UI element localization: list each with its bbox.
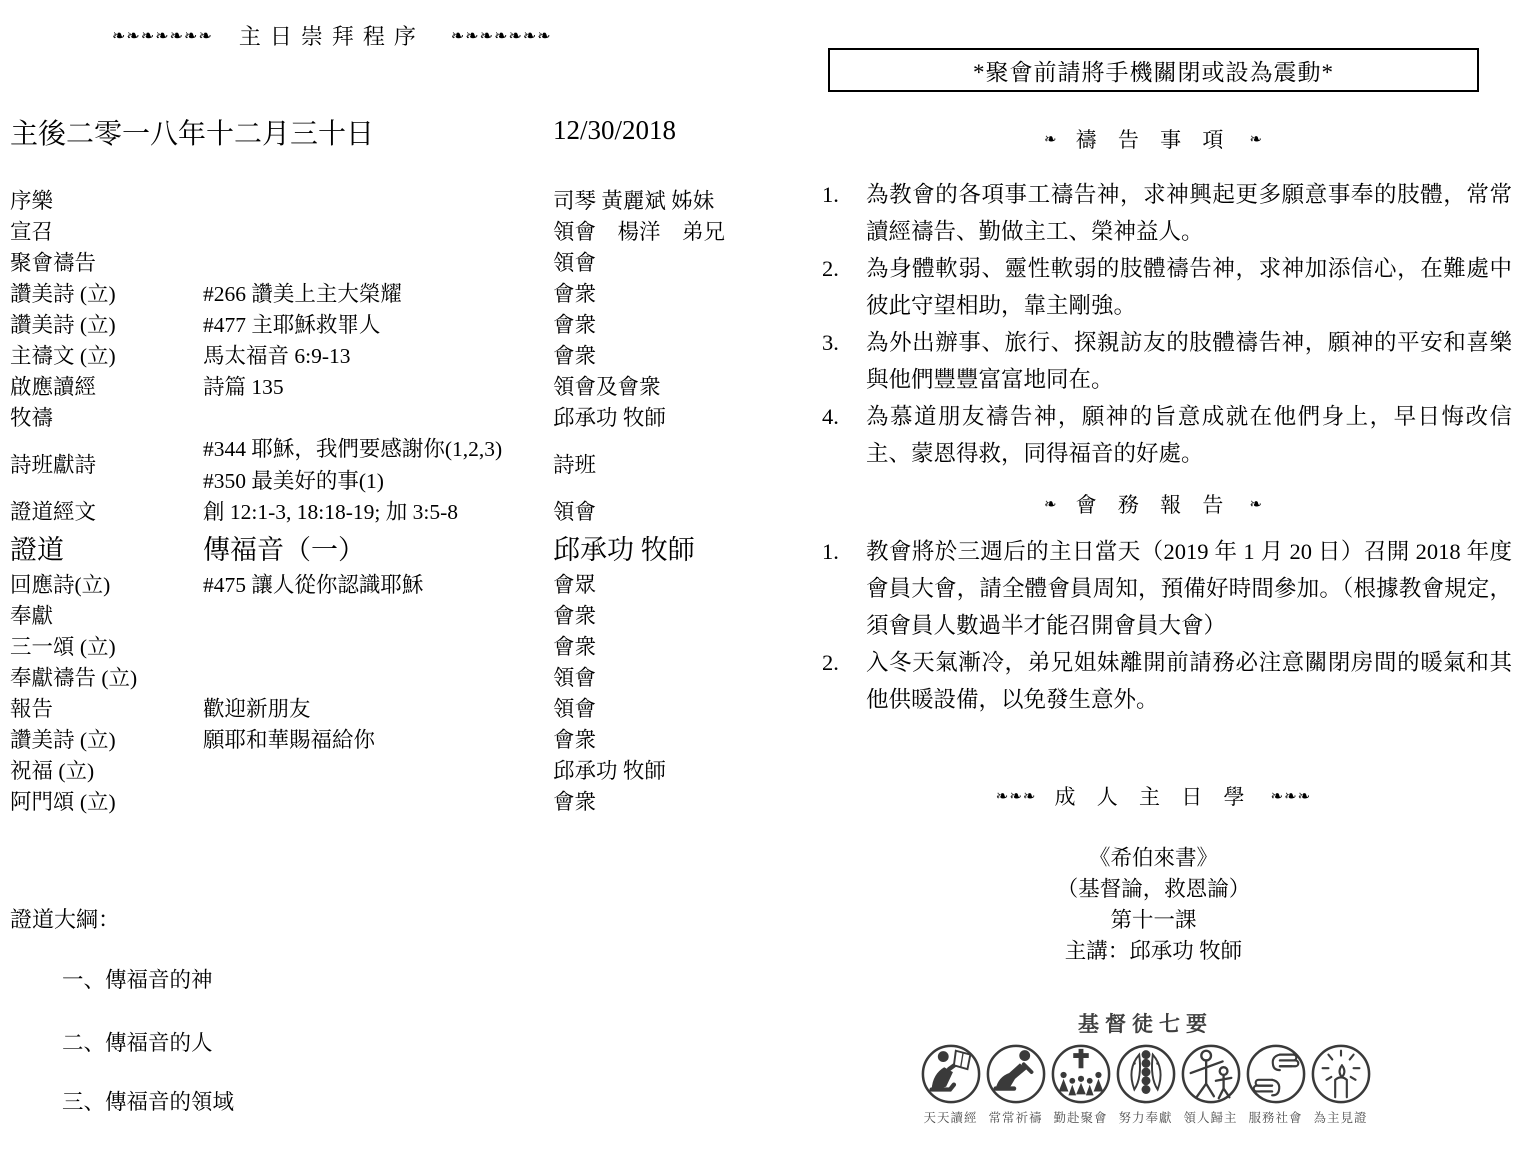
item-number: 3. <box>822 324 866 398</box>
prayer-section-title: 禱 告 事 項 <box>1076 124 1232 154</box>
report-section-heading: ❧ 會 務 報 告 ❧ <box>828 489 1479 519</box>
phone-notice-box: *聚會前請將手機關閉或設為震動* <box>828 48 1479 92</box>
table-row: 證道經文創 12:1-3, 18:18-19; 加 3:5-8領會 <box>10 495 752 526</box>
program-detail: 創 12:1-3, 18:18-19; 加 3:5-8 <box>203 495 553 526</box>
page-title: 主日崇拜程序 <box>239 20 425 51</box>
item-text: 為外出辦事、旅行、探親訪友的肢體禱告神，願神的平安和喜樂與他們豐豐富富地同在。 <box>866 324 1512 398</box>
date-chinese: 主後二零一八年十二月三十日 <box>10 112 374 152</box>
program-detail: 馬太福音 6:9-13 <box>203 339 553 370</box>
icon-caption: 常常祈禱 <box>985 1108 1047 1126</box>
program-person: 領會 <box>553 246 752 277</box>
program-person: 詩班 <box>553 448 752 479</box>
program-item: 奉獻 <box>10 599 203 630</box>
sermon-outline-title: 證道大綱： <box>10 903 120 934</box>
program-person: 會衆 <box>553 308 752 339</box>
program-item: 阿門頌 (立) <box>10 785 203 816</box>
icon-caption: 領人歸主 <box>1180 1108 1242 1126</box>
icon-caption: 天天讀經 <box>920 1108 982 1126</box>
program-detail: 傳福音（一） <box>203 528 553 567</box>
sermon-outline-item: 三、傳福音的領域 <box>62 1085 234 1116</box>
fleuron-ornament-icon: ❧❧❧ <box>996 789 1037 804</box>
program-item: 三一頌 (立) <box>10 630 203 661</box>
program-item: 祝福 (立) <box>10 754 203 785</box>
program-item: 讚美詩 (立) <box>10 277 203 308</box>
seven-essentials-graphic: 基督徒七要 <box>893 1008 1398 1126</box>
sermon-outline-item: 一、傳福音的神 <box>62 963 213 994</box>
program-item: 讚美詩 (立) <box>10 308 203 339</box>
sunday-school-title: 成 人 主 日 學 <box>1055 781 1253 811</box>
school-book: 《希伯來書》 <box>828 843 1479 874</box>
program-person: 會衆 <box>553 339 752 370</box>
table-row: 讚美詩 (立)願耶和華賜福給你會衆 <box>10 723 752 754</box>
date-numeric: 12/30/2018 <box>553 115 676 146</box>
list-item: 4.為慕道朋友禱告神，願神的旨意成就在他們身上，早日悔改信主、蒙恩得救，同得福音… <box>822 398 1512 472</box>
table-row: 回應詩(立)#475 讓人從你認識耶穌會眾 <box>10 568 752 599</box>
daily-bible-reading-icon <box>920 1043 982 1105</box>
program-person: 會衆 <box>553 630 752 661</box>
icon-caption: 努力奉獻 <box>1115 1108 1177 1126</box>
icon-caption: 勤赴聚會 <box>1050 1108 1112 1126</box>
lead-people-to-lord-icon <box>1180 1043 1242 1105</box>
program-person: 領會及會衆 <box>553 370 752 401</box>
item-number: 2. <box>822 644 866 718</box>
table-row: 阿門頌 (立)會衆 <box>10 785 752 816</box>
program-item: 報告 <box>10 692 203 723</box>
list-item: 1.教會將於三週后的主日當天（2019 年 1 月 20 日）召開 2018 年… <box>822 533 1512 644</box>
icon-caption: 服務社會 <box>1245 1108 1307 1126</box>
table-row: 報告歡迎新朋友領會 <box>10 692 752 723</box>
program-person: 司琴 黃麗斌 姊妹 <box>553 184 752 215</box>
program-detail: 願耶和華賜福給你 <box>203 723 553 754</box>
table-row: 主禱文 (立)馬太福音 6:9-13會衆 <box>10 339 752 370</box>
program-person: 領會 <box>553 692 752 723</box>
program-item: 證道 <box>10 528 203 567</box>
program-person: 領會 <box>553 495 752 526</box>
program-person: 邱承功 牧師 <box>553 528 752 567</box>
program-item: 序樂 <box>10 184 203 215</box>
program-person: 會衆 <box>553 277 752 308</box>
diligent-offering-icon <box>1115 1043 1177 1105</box>
list-item: 1.為教會的各項事工禱告神，求神興起更多願意事奉的肢體，常常讀經禱告、勤做主工、… <box>822 176 1512 250</box>
program-detail-line2: #350 最美好的事(1) <box>203 464 553 495</box>
table-row: 詩班獻詩 #344 耶穌，我們要感謝你(1,2,3) #350 最美好的事(1)… <box>10 432 752 495</box>
table-row: 奉獻禱告 (立)領會 <box>10 661 752 692</box>
program-person: 會衆 <box>553 723 752 754</box>
fleuron-ornament-icon: ❧❧❧❧❧❧❧ <box>112 28 213 44</box>
table-row-sermon: 證道傳福音（一）邱承功 牧師 <box>10 526 752 568</box>
program-item: 啟應讀經 <box>10 370 203 401</box>
list-item: 3.為外出辦事、旅行、探親訪友的肢體禱告神，願神的平安和喜樂與他們豐豐富富地同在… <box>822 324 1512 398</box>
report-section-title: 會 務 報 告 <box>1076 489 1232 519</box>
list-item: 2.入冬天氣漸冷，弟兄姐妹離開前請務必注意關閉房間的暖氣和其他供暖設備，以免發生… <box>822 644 1512 718</box>
program-item: 讚美詩 (立) <box>10 723 203 754</box>
table-row: 聚會禱告領會 <box>10 246 752 277</box>
school-lesson: 第十一課 <box>828 905 1479 936</box>
serve-society-icon <box>1245 1043 1307 1105</box>
prayer-section-heading: ❧ 禱 告 事 項 ❧ <box>828 124 1479 154</box>
table-row: 序樂司琴 黃麗斌 姊妹 <box>10 184 752 215</box>
table-row: 祝福 (立)邱承功 牧師 <box>10 754 752 785</box>
item-number: 2. <box>822 250 866 324</box>
program-item: 奉獻禱告 (立) <box>10 661 203 692</box>
table-row: 奉獻會衆 <box>10 599 752 630</box>
list-item: 2.為身體軟弱、靈性軟弱的肢體禱告神，求神加添信心，在難處中彼此守望相助，靠主剛… <box>822 250 1512 324</box>
school-topic: （基督論，救恩論） <box>828 874 1479 905</box>
program-person: 會眾 <box>553 568 752 599</box>
program-detail: #266 讚美上主大榮耀 <box>203 277 553 308</box>
worship-program-table: 序樂司琴 黃麗斌 姊妹 宣召領會 楊洋 弟兄 聚會禱告領會 讚美詩 (立)#26… <box>10 184 752 816</box>
fleuron-ornament-icon: ❧ <box>1249 497 1263 512</box>
program-detail: 詩篇 135 <box>203 370 553 401</box>
seven-essentials-icons <box>893 1043 1398 1105</box>
program-item: 詩班獻詩 <box>10 448 203 479</box>
attend-meetings-icon <box>1050 1043 1112 1105</box>
program-item: 證道經文 <box>10 495 203 526</box>
item-number: 1. <box>822 533 866 644</box>
program-person: 邱承功 牧師 <box>553 754 752 785</box>
table-row: 三一頌 (立)會衆 <box>10 630 752 661</box>
phone-notice-text: *聚會前請將手機關閉或設為震動* <box>973 54 1334 87</box>
item-text: 為身體軟弱、靈性軟弱的肢體禱告神，求神加添信心，在難處中彼此守望相助，靠主剛強。 <box>866 250 1512 324</box>
fleuron-ornament-icon: ❧ <box>1249 132 1263 147</box>
program-detail-line1: #344 耶穌，我們要感謝你(1,2,3) <box>203 432 553 463</box>
program-detail: 歡迎新朋友 <box>203 692 553 723</box>
program-detail: #475 讓人從你認識耶穌 <box>203 568 553 599</box>
table-row: 宣召領會 楊洋 弟兄 <box>10 215 752 246</box>
fleuron-ornament-icon: ❧❧❧ <box>1271 789 1312 804</box>
program-item: 牧禱 <box>10 401 203 432</box>
program-item: 主禱文 (立) <box>10 339 203 370</box>
program-detail: #344 耶穌，我們要感謝你(1,2,3) #350 最美好的事(1) <box>203 432 553 495</box>
table-row: 啟應讀經詩篇 135領會及會衆 <box>10 370 752 401</box>
witness-for-lord-icon <box>1310 1043 1372 1105</box>
seven-essentials-captions: 天天讀經 常常祈禱 勤赴聚會 努力奉獻 領人歸主 服務社會 為主見證 <box>893 1108 1398 1126</box>
sermon-outline-item: 二、傳福音的人 <box>62 1026 213 1057</box>
prayer-items-list: 1.為教會的各項事工禱告神，求神興起更多願意事奉的肢體，常常讀經禱告、勤做主工、… <box>822 176 1512 472</box>
item-text: 為慕道朋友禱告神，願神的旨意成就在他們身上，早日悔改信主、蒙恩得救，同得福音的好… <box>866 398 1512 472</box>
fleuron-ornament-icon: ❧ <box>1044 132 1058 147</box>
program-person: 會衆 <box>553 785 752 816</box>
seven-essentials-title: 基督徒七要 <box>893 1008 1398 1038</box>
table-row: 讚美詩 (立)#477 主耶穌救罪人會衆 <box>10 308 752 339</box>
table-row: 牧禱邱承功 牧師 <box>10 401 752 432</box>
fleuron-ornament-icon: ❧❧❧❧❧❧❧ <box>451 28 552 44</box>
program-person: 領會 楊洋 弟兄 <box>553 215 752 246</box>
program-item: 回應詩(立) <box>10 568 203 599</box>
item-text: 入冬天氣漸冷，弟兄姐妹離開前請務必注意關閉房間的暖氣和其他供暖設備，以免發生意外… <box>866 644 1512 718</box>
fleuron-ornament-icon: ❧ <box>1044 497 1058 512</box>
item-text: 教會將於三週后的主日當天（2019 年 1 月 20 日）召開 2018 年度會… <box>866 533 1512 644</box>
item-text: 為教會的各項事工禱告神，求神興起更多願意事奉的肢體，常常讀經禱告、勤做主工、榮神… <box>866 176 1512 250</box>
icon-caption: 為主見證 <box>1310 1108 1372 1126</box>
table-row: 讚美詩 (立)#266 讚美上主大榮耀會衆 <box>10 277 752 308</box>
program-item: 聚會禱告 <box>10 246 203 277</box>
program-person: 邱承功 牧師 <box>553 401 752 432</box>
program-detail: #477 主耶穌救罪人 <box>203 308 553 339</box>
constant-prayer-icon <box>985 1043 1047 1105</box>
program-item: 宣召 <box>10 215 203 246</box>
sunday-school-info: 《希伯來書》 （基督論，救恩論） 第十一課 主講：邱承功 牧師 <box>828 843 1479 967</box>
program-person: 領會 <box>553 661 752 692</box>
item-number: 1. <box>822 176 866 250</box>
program-person: 會衆 <box>553 599 752 630</box>
sunday-school-heading: ❧❧❧ 成 人 主 日 學 ❧❧❧ <box>828 781 1479 811</box>
report-items-list: 1.教會將於三週后的主日當天（2019 年 1 月 20 日）召開 2018 年… <box>822 533 1512 718</box>
school-speaker: 主講：邱承功 牧師 <box>828 936 1479 967</box>
masthead: ❧❧❧❧❧❧❧ 主日崇拜程序 ❧❧❧❧❧❧❧ <box>112 20 552 51</box>
item-number: 4. <box>822 398 866 472</box>
